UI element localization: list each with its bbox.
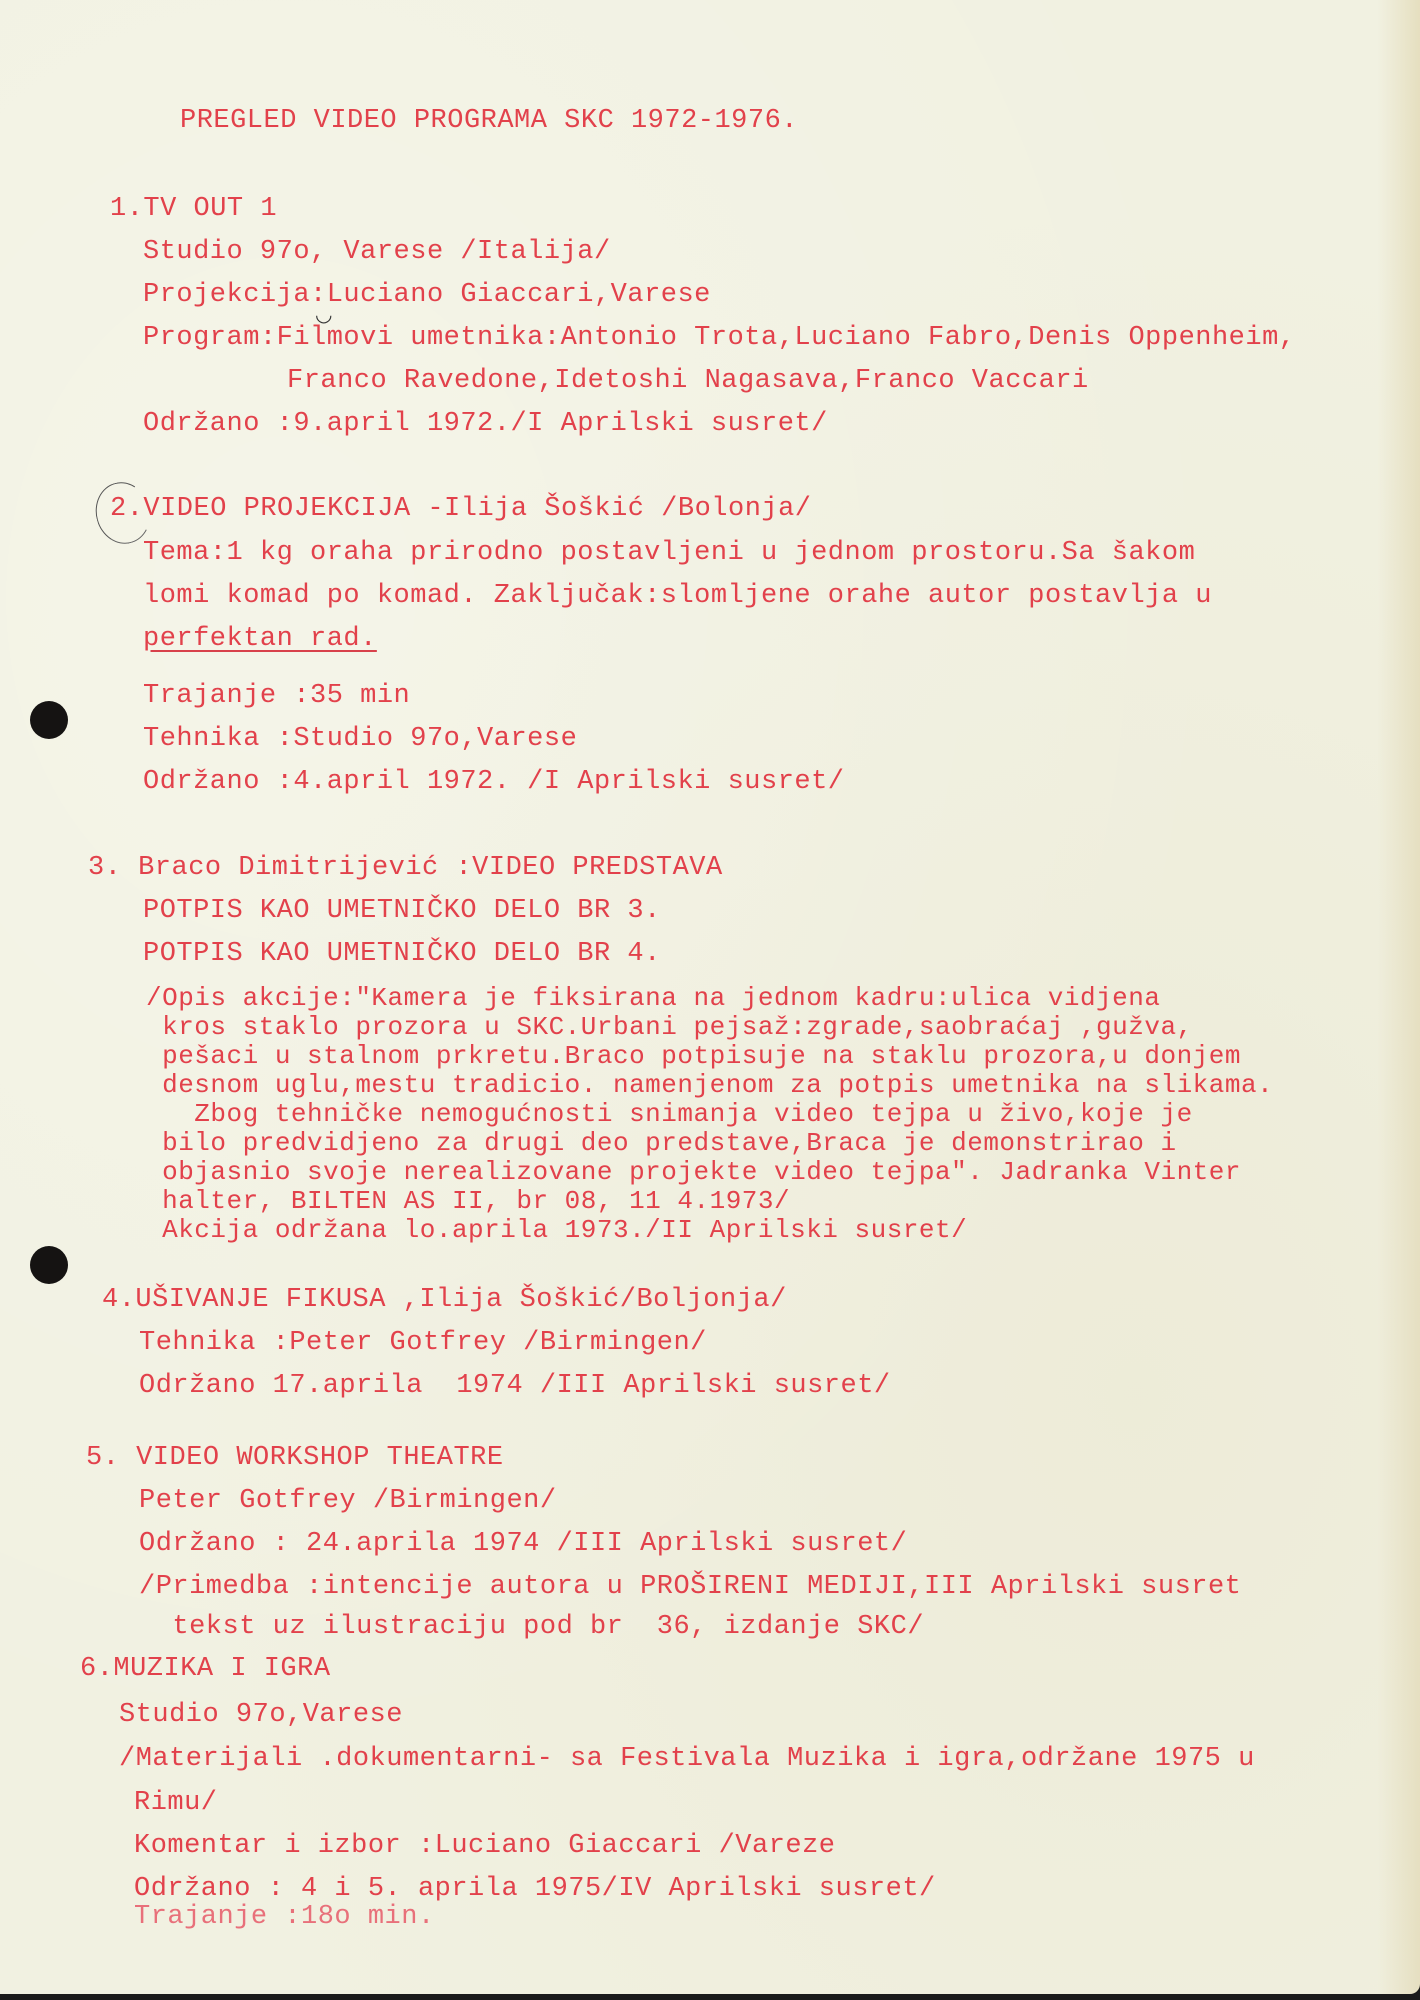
entry-6-line: Studio 97o,Varese: [119, 1702, 403, 1729]
entry-3-description-line: pešaci u stalnom prkretu.Braco potpisuje…: [146, 1043, 1241, 1069]
entry-4-heading: 4.UŠIVANJE FIKUSA ,Ilija Šoškić/Boljonja…: [102, 1287, 787, 1314]
entry-5-line: /Primedba :intencije autora u PROŠIRENI …: [139, 1574, 1241, 1601]
entry-1-line: Održano :9.april 1972./I Aprilski susret…: [143, 411, 828, 438]
entry-5-line: Peter Gotfrey /Birmingen/: [139, 1488, 557, 1515]
document-title: PREGLED VIDEO PROGRAMA SKC 1972-1976.: [180, 108, 798, 135]
entry-3-description-line: /Opis akcije:"Kamera je fiksirana na jed…: [146, 985, 1160, 1011]
entry-1-line: Franco Ravedone,Idetoshi Nagasava,Franco…: [287, 368, 1089, 395]
entry-5-line: Održano : 24.aprila 1974 /III Aprilski s…: [139, 1531, 907, 1558]
entry-4-line: Održano 17.aprila 1974 /III Aprilski sus…: [139, 1373, 891, 1400]
entry-3-description-line: objasnio svoje nerealizovane projekte vi…: [146, 1159, 1241, 1185]
entry-6-line: /Materijali .dokumentarni- sa Festivala …: [119, 1746, 1255, 1773]
entry-3-description-line: kros staklo prozora u SKC.Urbani pejsaž:…: [146, 1014, 1193, 1040]
entry-3-line: POTPIS KAO UMETNIČKO DELO BR 3.: [143, 898, 661, 925]
entry-6-line: Trajanje :18o min.: [134, 1904, 435, 1931]
entry-2-line: Trajanje :35 min: [143, 683, 410, 710]
entry-3-heading: 3. Braco Dimitrijević :VIDEO PREDSTAVA: [88, 855, 723, 882]
entry-1-line: Studio 97o, Varese /Italija/: [143, 239, 611, 266]
entry-1-line: Projekcija:Luciano Giaccari,Varese: [143, 282, 711, 309]
entry-2-line: perfektan rad.: [143, 626, 377, 653]
punch-hole: [30, 701, 68, 739]
entry-6-line: Komentar i izbor :Luciano Giaccari /Vare…: [134, 1833, 836, 1860]
entry-1-heading: 1.TV OUT 1: [110, 196, 277, 223]
entry-5-heading: 5. VIDEO WORKSHOP THEATRE: [86, 1445, 504, 1472]
entry-2-line: Tehnika :Studio 97o,Varese: [143, 726, 577, 753]
entry-3-description-line: bilo predvidjeno za drugi deo predstave,…: [146, 1130, 1177, 1156]
entry-2-line: Tema:1 kg oraha prirodno postavljeni u j…: [143, 540, 1195, 567]
entry-2-heading: 2.VIDEO PROJEKCIJA -Ilija Šoškić /Bolonj…: [110, 496, 812, 523]
punch-hole: [30, 1246, 68, 1284]
entry-6-heading: 6.MUZIKA I IGRA: [80, 1656, 331, 1683]
entry-3-description-line: halter, BILTEN AS II, br 08, 11 4.1973/: [146, 1188, 790, 1214]
entry-6-line: Rimu/: [134, 1790, 218, 1817]
entry-1-line: Program:Filmovi umetnika:Antonio Trota,L…: [143, 325, 1295, 352]
entry-2-line: lomi komad po komad. Zaključak:slomljene…: [143, 583, 1212, 610]
entry-6-line: Održano : 4 i 5. aprila 1975/IV Aprilski…: [134, 1876, 936, 1903]
entry-5-line: tekst uz ilustraciju pod br 36, izdanje …: [139, 1614, 924, 1641]
entry-4-line: Tehnika :Peter Gotfrey /Birmingen/: [139, 1330, 707, 1357]
entry-3-description-line: Zbog tehničke nemogućnosti snimanja vide…: [146, 1101, 1193, 1127]
entry-2-line: Održano :4.april 1972. /I Aprilski susre…: [143, 769, 845, 796]
typewritten-page: PREGLED VIDEO PROGRAMA SKC 1972-1976. 1.…: [0, 0, 1420, 1994]
entry-3-description-line: Akcija održana lo.aprila 1973./II Aprils…: [146, 1217, 967, 1243]
entry-3-line: POTPIS KAO UMETNIČKO DELO BR 4.: [143, 941, 661, 968]
entry-3-description-line: desnom uglu,mestu tradicio. namenjenom z…: [146, 1072, 1273, 1098]
